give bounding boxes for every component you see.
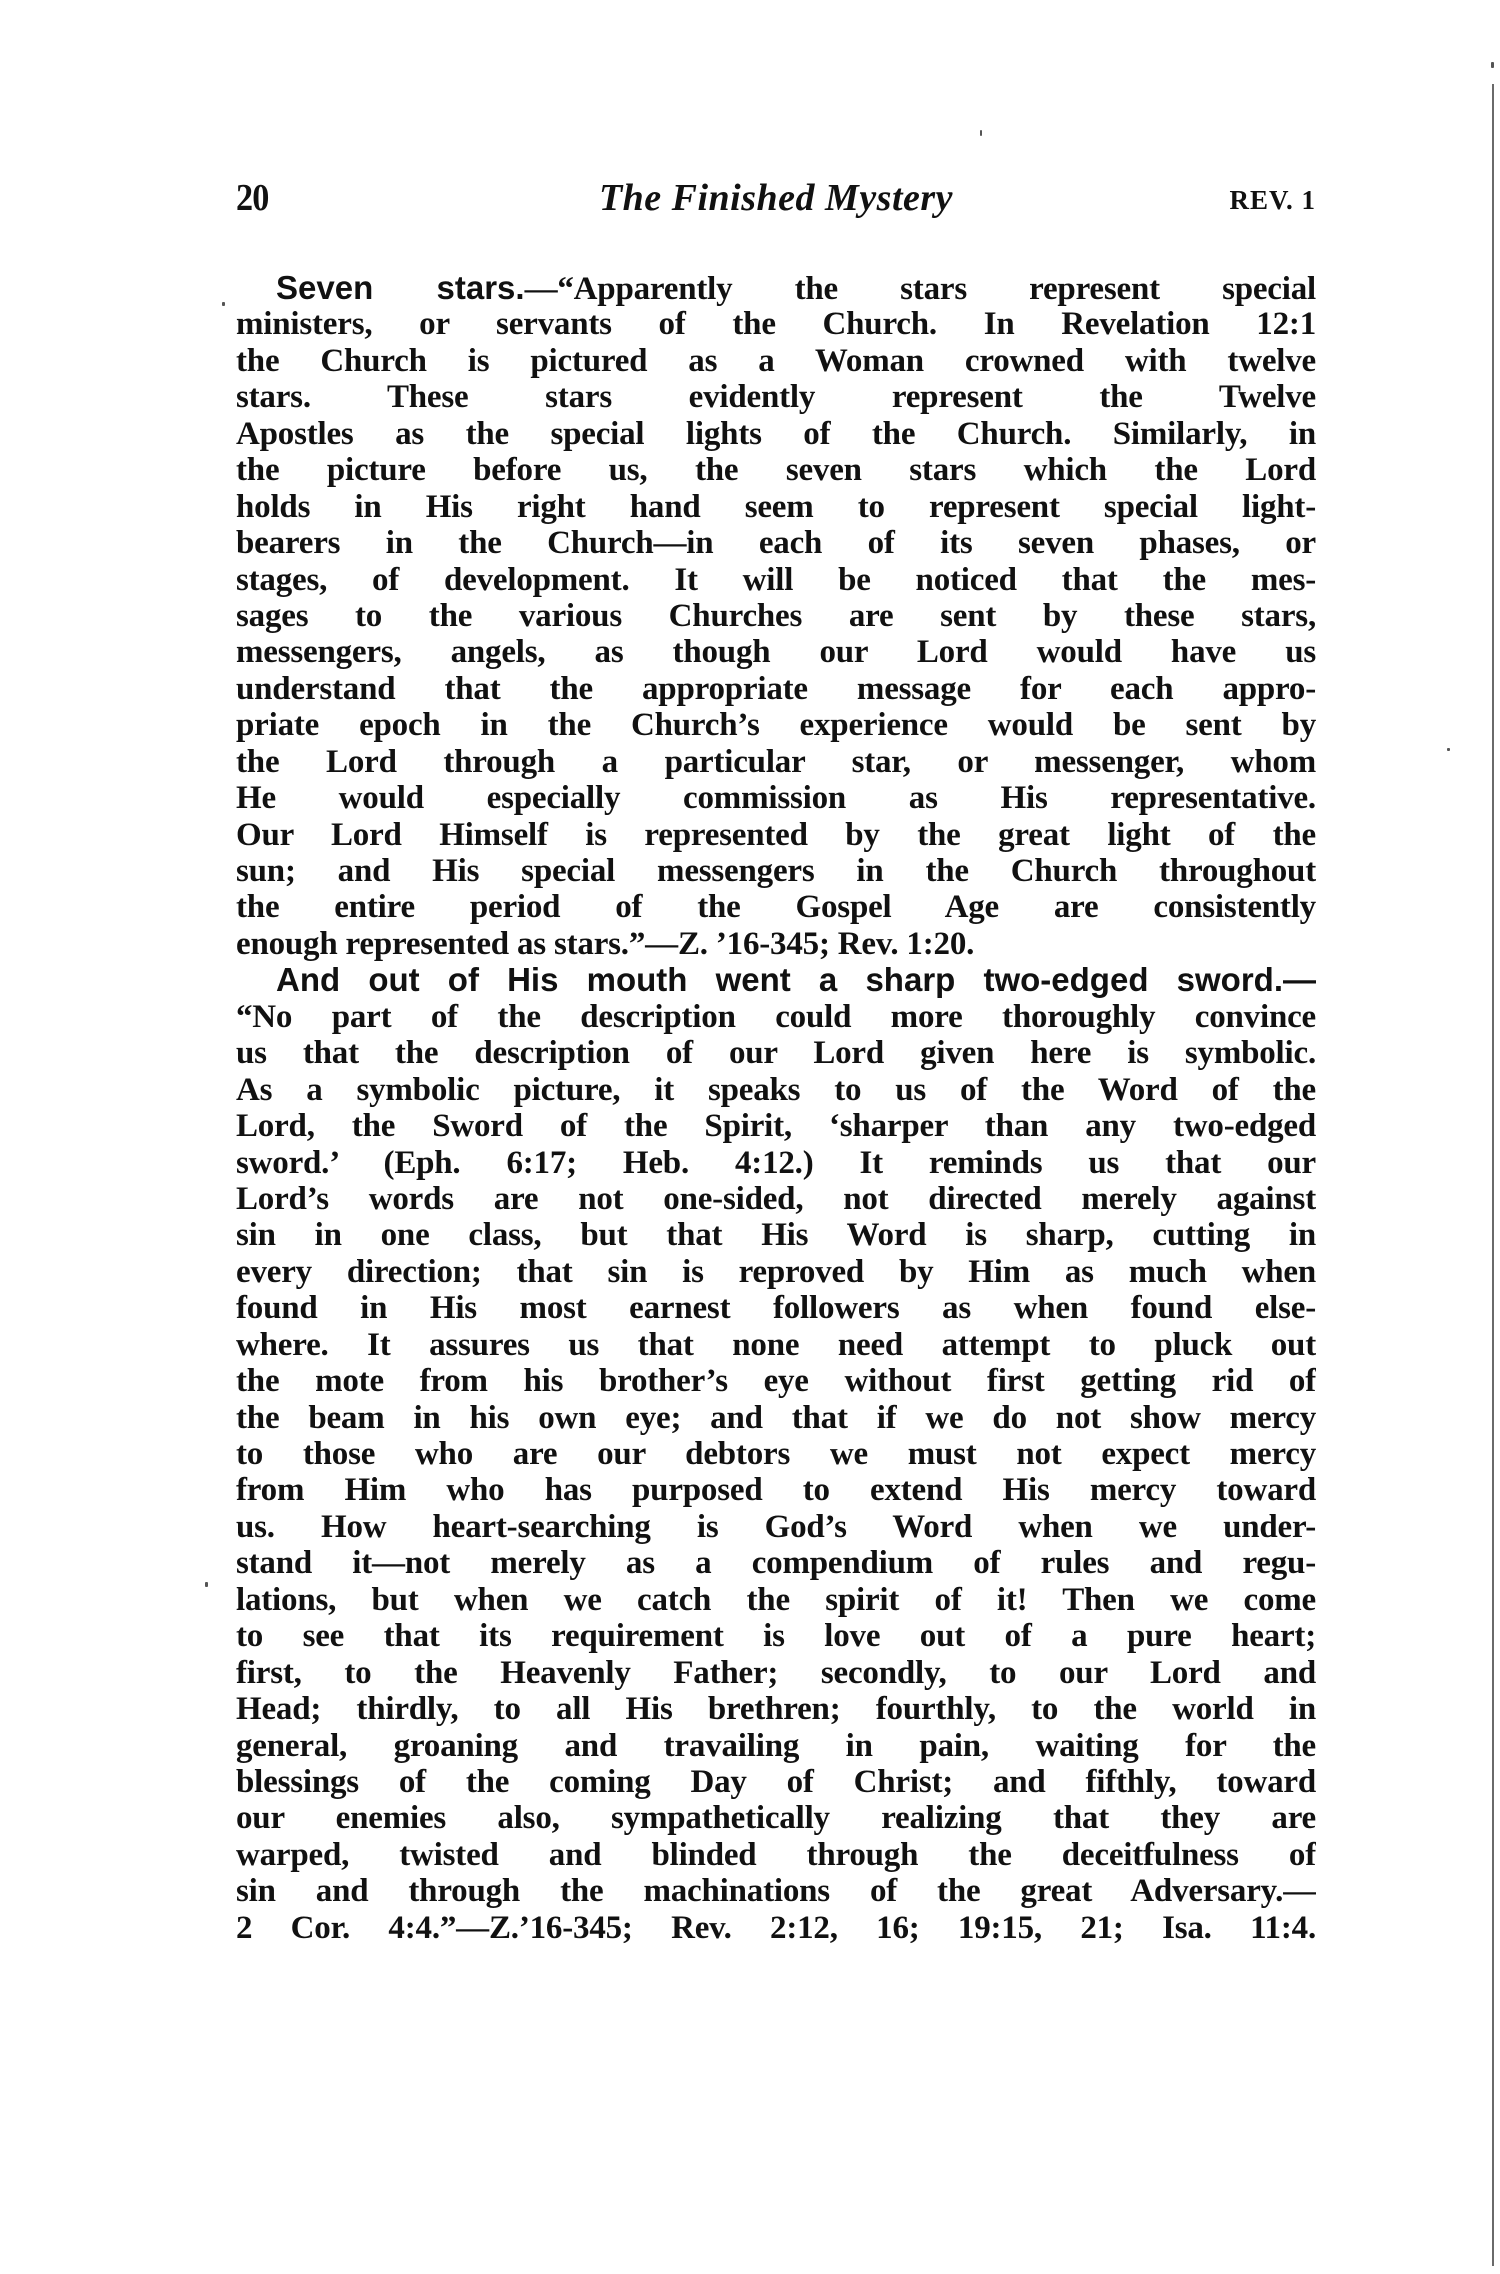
text-line: the mote from his brother’s eye without …: [236, 1363, 1316, 1399]
text-line: ministers, or servants of the Church. In…: [236, 306, 1316, 342]
text-line: the beam in his own eye; and that if we …: [236, 1400, 1316, 1436]
text-line: stand it—not merely as a compendium of r…: [236, 1545, 1316, 1581]
text-line: blessings of the coming Day of Christ; a…: [236, 1764, 1316, 1800]
text-line: And out of His mouth went a sharp two-ed…: [236, 962, 1316, 998]
text-line: found in His most earnest followers as w…: [236, 1290, 1316, 1326]
text-line: messengers, angels, as though our Lord w…: [236, 634, 1316, 670]
text-line: us. How heart-searching is God’s Word wh…: [236, 1509, 1316, 1545]
text-line: Lord’s words are not one-sided, not dire…: [236, 1181, 1316, 1217]
scan-speck: [222, 302, 225, 306]
body-text: Seven stars.—“Apparently the stars repre…: [236, 270, 1316, 1946]
scan-speck: [1447, 748, 1450, 751]
text-line: Head; thirdly, to all His brethren; four…: [236, 1691, 1316, 1727]
text-line: Our Lord Himself is represented by the g…: [236, 817, 1316, 853]
text-line: sages to the various Churches are sent b…: [236, 598, 1316, 634]
text-line: “No part of the description could more t…: [236, 999, 1316, 1035]
text-line: every direction; that sin is reproved by…: [236, 1254, 1316, 1290]
text-line: sun; and His special messengers in the C…: [236, 853, 1316, 889]
text-line: sword.’ (Eph. 6:17; Heb. 4:12.) It remin…: [236, 1145, 1316, 1181]
text-line: stages, of development. It will be notic…: [236, 562, 1316, 598]
text-line: enough represented as stars.”—Z. ’16-345…: [236, 926, 1316, 962]
paragraph-heading: Seven stars.: [276, 270, 525, 306]
scan-speck: [1491, 62, 1494, 68]
text-line: lations, but when we catch the spirit of…: [236, 1582, 1316, 1618]
text-line: the entire period of the Gospel Age are …: [236, 889, 1316, 925]
book-page: 20 The Finished Mystery REV. 1 Seven sta…: [0, 0, 1500, 2274]
text-line: understand that the appropriate message …: [236, 671, 1316, 707]
text-line: where. It assures us that none need atte…: [236, 1327, 1316, 1363]
chapter-reference: REV. 1: [1229, 180, 1316, 220]
text-line: stars. These stars evidently represent t…: [236, 379, 1316, 415]
text-line: Lord, the Sword of the Spirit, ‘sharper …: [236, 1108, 1316, 1144]
text-line: holds in His right hand seem to represen…: [236, 489, 1316, 525]
text-line: to see that its requirement is love out …: [236, 1618, 1316, 1654]
text-line: sin in one class, but that His Word is s…: [236, 1217, 1316, 1253]
text-line: warped, twisted and blinded through the …: [236, 1837, 1316, 1873]
text-line: our enemies also, sympathetically realiz…: [236, 1800, 1316, 1836]
text-line: the picture before us, the seven stars w…: [236, 452, 1316, 488]
text-line: priate epoch in the Church’s experience …: [236, 707, 1316, 743]
text-line: the Lord through a particular star, or m…: [236, 744, 1316, 780]
text-line: 2 Cor. 4:4.”—Z.’16-345; Rev. 2:12, 16; 1…: [236, 1910, 1316, 1946]
text-line: Apostles as the special lights of the Ch…: [236, 416, 1316, 452]
text-line: sin and through the machinations of the …: [236, 1873, 1316, 1909]
scan-edge-line: [1492, 84, 1494, 2266]
text-line: As a symbolic picture, it speaks to us o…: [236, 1072, 1316, 1108]
running-title: The Finished Mystery: [236, 176, 1316, 220]
text-line: to those who are our debtors we must not…: [236, 1436, 1316, 1472]
running-header: 20 The Finished Mystery REV. 1: [236, 176, 1316, 220]
scan-speck: [205, 1582, 208, 1587]
text-line: general, groaning and travailing in pain…: [236, 1728, 1316, 1764]
text-line: the Church is pictured as a Woman crowne…: [236, 343, 1316, 379]
text-line: first, to the Heavenly Father; secondly,…: [236, 1655, 1316, 1691]
text-line: He would especially commission as His re…: [236, 780, 1316, 816]
text-line: bearers in the Church—in each of its sev…: [236, 525, 1316, 561]
text-line: us that the description of our Lord give…: [236, 1035, 1316, 1071]
scan-speck: [980, 130, 982, 136]
text-line: Seven stars.—“Apparently the stars repre…: [236, 270, 1316, 306]
paragraph-heading: And out of His mouth went a sharp two-ed…: [276, 962, 1316, 998]
text-line: from Him who has purposed to extend His …: [236, 1472, 1316, 1508]
